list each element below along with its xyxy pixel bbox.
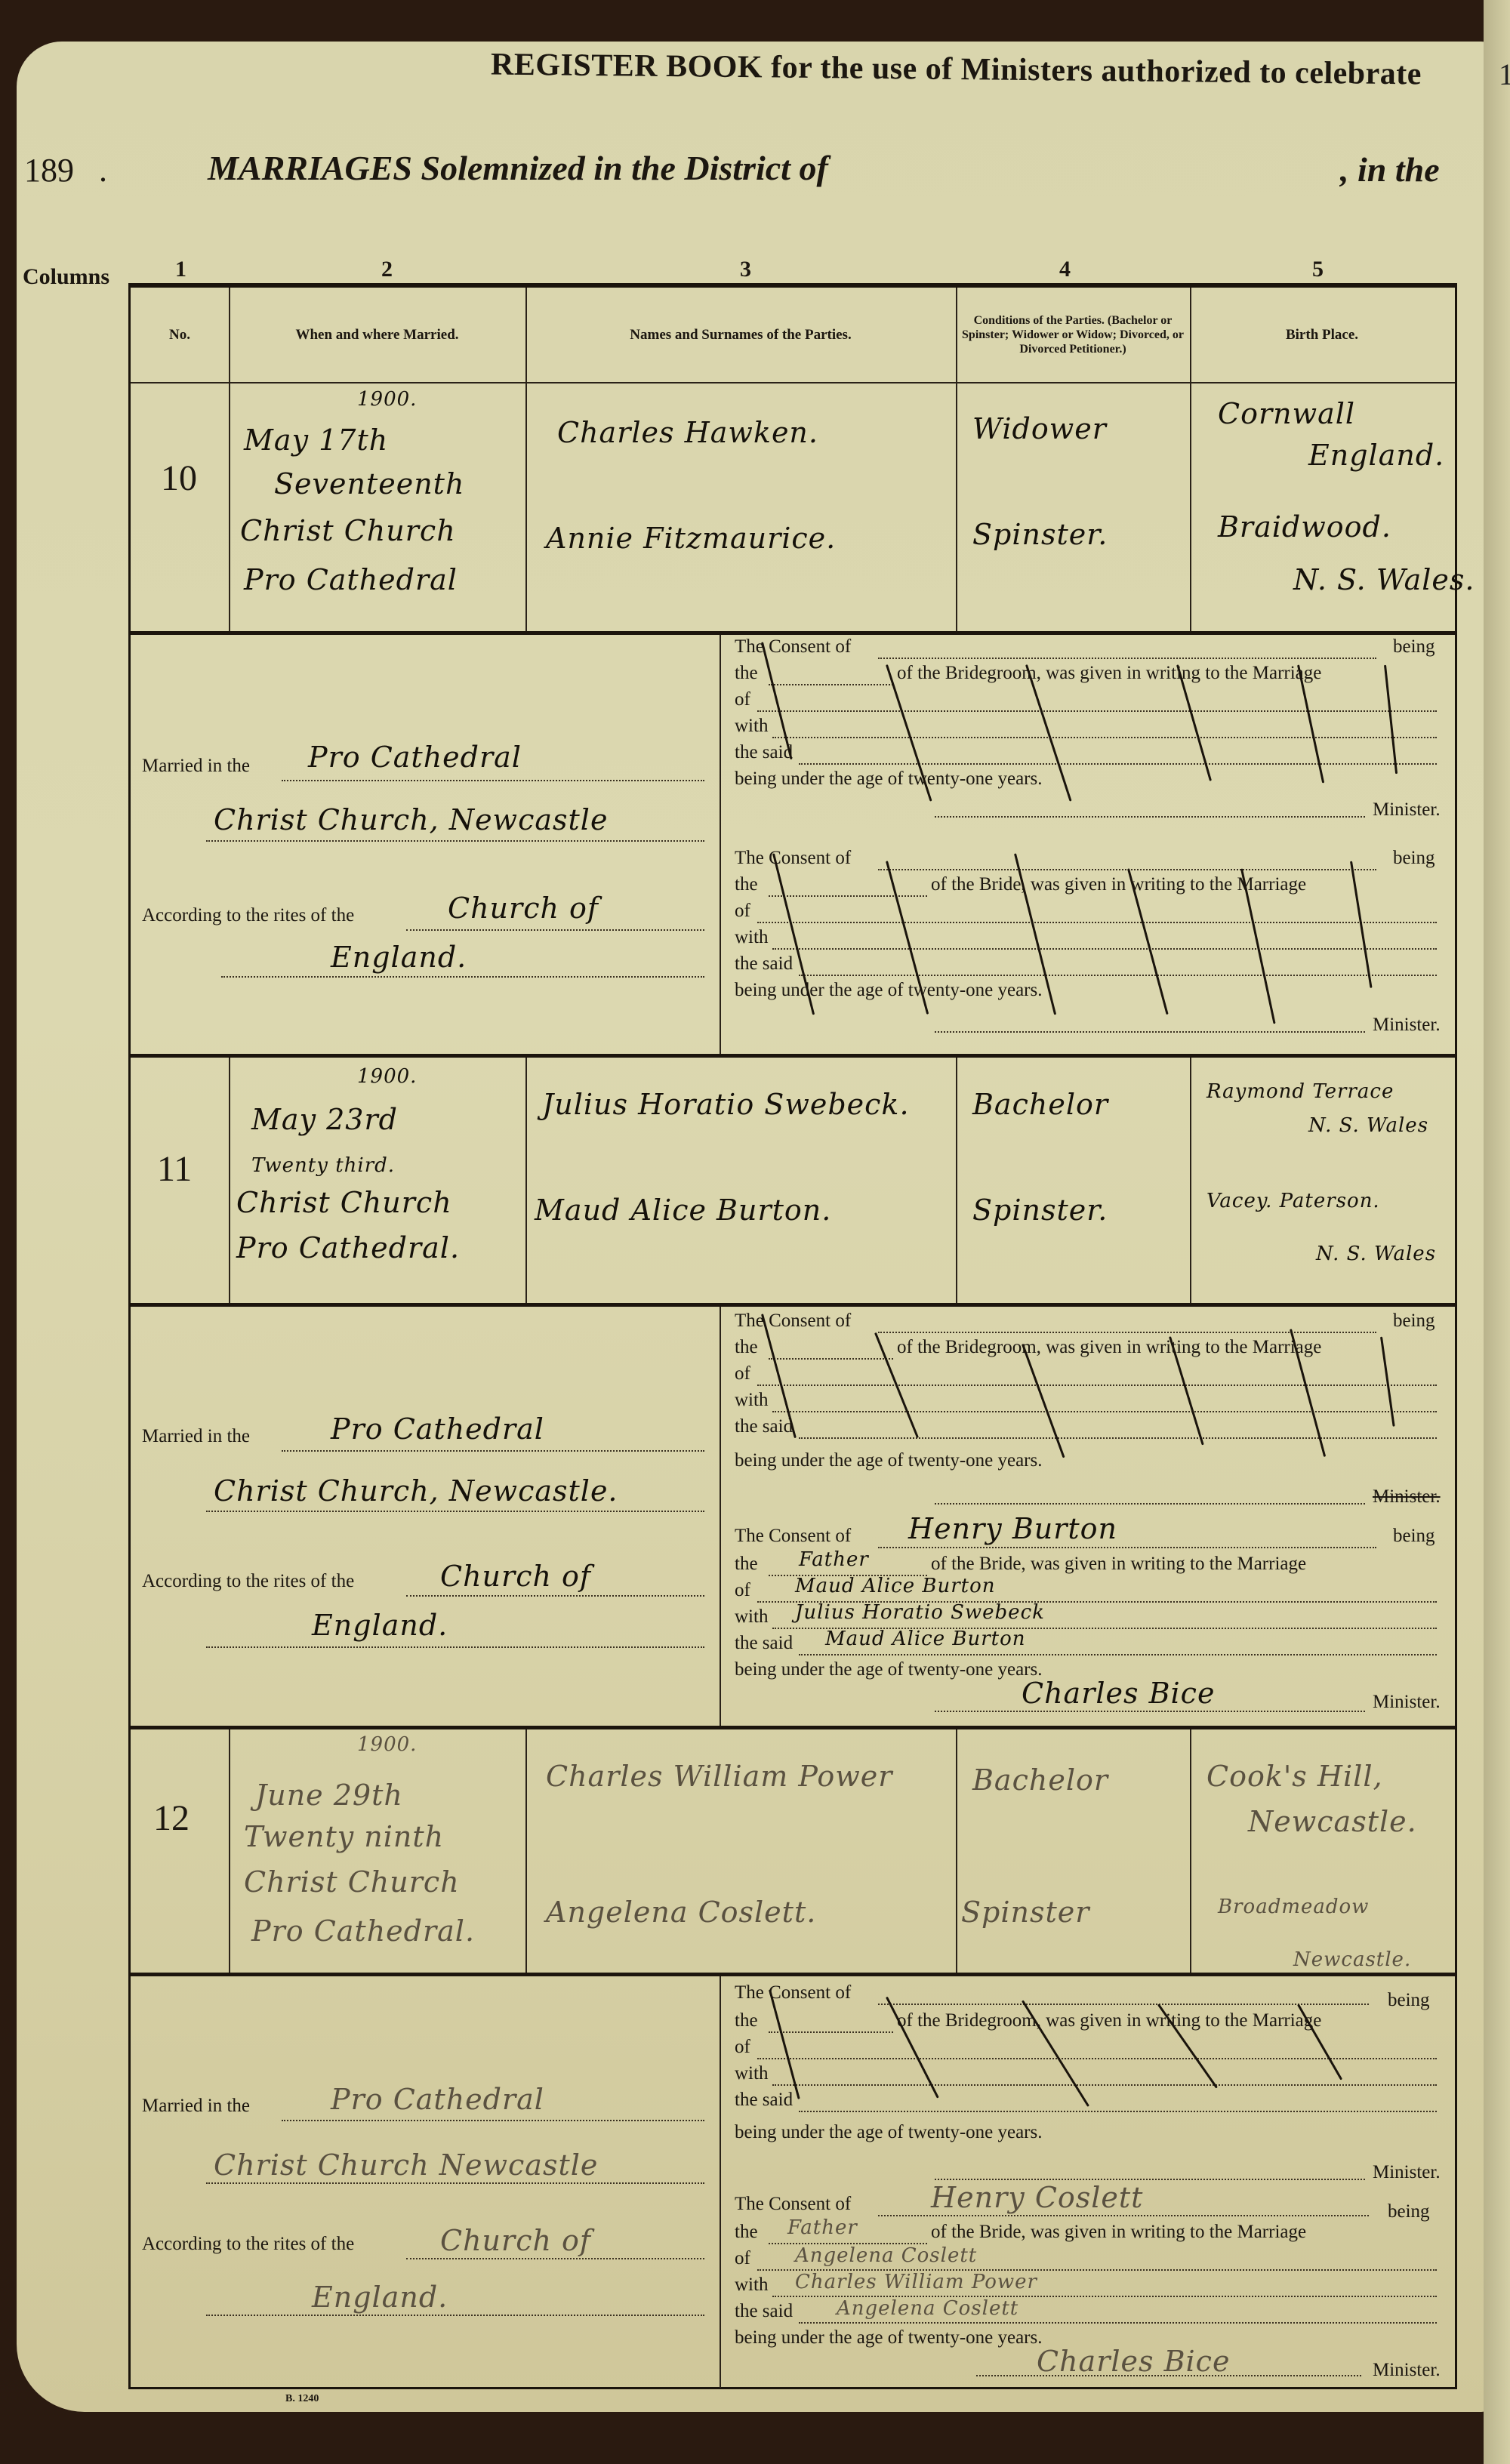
bride-consent-of: Maud Alice Burton	[795, 1575, 996, 1597]
under-age-text: being under the age of twenty-one years.	[735, 980, 1042, 1001]
the-said-label: the said	[735, 742, 793, 763]
groom-birthplace-2: N. S. Wales	[1308, 1114, 1428, 1137]
bride-consent-text: of the Bride, was given in writing to th…	[931, 874, 1306, 895]
rites-label: According to the rites of the	[142, 2234, 354, 2255]
bride-consent-label: The Consent of	[735, 848, 851, 869]
bride-consent-label: The Consent of	[735, 1526, 851, 1547]
married-in-value: Pro Cathedral	[331, 2083, 544, 2116]
married-in-label: Married in the	[142, 1426, 250, 1447]
bride-birthplace-1: Braidwood.	[1218, 510, 1391, 544]
columns-label: Columns	[23, 264, 109, 290]
of-label: of	[735, 2037, 750, 2058]
bridegroom-consent-text: of the Bridegroom, was given in writing …	[897, 663, 1321, 684]
bride-name: Angelena Coslett.	[546, 1896, 816, 1929]
minister-label-struck: Minister.	[1373, 1486, 1441, 1508]
column-number-3: 3	[740, 257, 751, 282]
entry-year: 1900.	[357, 1065, 417, 1088]
entry-date-words: Twenty third.	[251, 1154, 395, 1177]
bride-consent-said: Maud Alice Burton	[825, 1628, 1026, 1650]
entry-place-line2: Pro Cathedral.	[236, 1231, 460, 1264]
with-label: with	[735, 716, 768, 737]
year-prefix: 189 .	[24, 151, 107, 189]
under-age-text: being under the age of twenty-one years.	[735, 2122, 1042, 2143]
the-said-label: the said	[735, 953, 793, 975]
entry-place-line1: Christ Church	[240, 514, 456, 547]
under-age-text: being under the age of twenty-one years.	[735, 1450, 1042, 1471]
bride-condition: Spinster.	[972, 518, 1108, 551]
groom-consent-label: The Consent of	[735, 1311, 851, 1332]
rites-value-2: England.	[312, 2281, 448, 2314]
the-label: the	[735, 1337, 758, 1358]
bride-birthplace-1: Broadmeadow	[1218, 1896, 1369, 1918]
entry-year: 1900.	[357, 1733, 417, 1756]
being-label: being	[1393, 848, 1435, 869]
under-age-text: being under the age of twenty-one years.	[735, 768, 1042, 790]
bride-consent-label: The Consent of	[735, 2194, 851, 2215]
being-label: being	[1388, 1990, 1430, 2011]
of-label: of	[735, 689, 750, 710]
married-in-value-2: Christ Church Newcastle	[214, 2148, 598, 2182]
bride-consent-with: Julius Horatio Swebeck	[795, 1601, 1045, 1624]
entry-date: May 23rd	[251, 1103, 398, 1136]
married-in-value-2: Christ Church, Newcastle.	[214, 1474, 618, 1508]
bride-birthplace-2: N. S. Wales	[1316, 1243, 1436, 1265]
being-label: being	[1393, 1526, 1435, 1547]
groom-condition: Bachelor	[972, 1088, 1108, 1121]
with-label: with	[735, 2063, 768, 2084]
groom-birthplace-2: Newcastle.	[1248, 1805, 1417, 1838]
strike-mark	[769, 1989, 800, 2099]
under-age-text: being under the age of twenty-one years.	[735, 2327, 1042, 2348]
entry-date: June 29th	[255, 1779, 403, 1812]
minister-label: Minister.	[1373, 2162, 1441, 2183]
groom-name: Charles William Power	[546, 1760, 892, 1793]
header-birthplace: Birth Place.	[1190, 288, 1454, 382]
entry-place-line1: Christ Church	[236, 1186, 452, 1219]
being-label: being	[1393, 1311, 1435, 1332]
entry-number: 12	[153, 1797, 190, 1839]
rites-label: According to the rites of the	[142, 905, 354, 926]
bride-birthplace-1: Vacey. Paterson.	[1206, 1190, 1380, 1212]
book-gutter	[1484, 0, 1510, 2464]
bride-consent-name: Henry Burton	[908, 1512, 1117, 1545]
groom-name: Charles Hawken.	[557, 416, 818, 449]
with-label: with	[735, 1390, 768, 1411]
header-when-where: When and where Married.	[229, 288, 525, 382]
groom-consent-label: The Consent of	[735, 636, 851, 658]
bride-consent-said: Angelena Coslett	[837, 2297, 1018, 2320]
column-number-1: 1	[175, 257, 186, 282]
rites-value-2: England.	[312, 1609, 448, 1642]
bridegroom-consent-text: of the Bridegroom, was given in writing …	[897, 1337, 1321, 1358]
entry-place-line2: Pro Cathedral.	[251, 1914, 475, 1948]
bride-name: Maud Alice Burton.	[535, 1193, 831, 1227]
under-age-text: being under the age of twenty-one years.	[735, 1659, 1042, 1680]
bride-birthplace-2: N. S. Wales.	[1293, 563, 1475, 596]
with-label: with	[735, 927, 768, 948]
minister-label: Minister.	[1373, 799, 1441, 821]
the-label: the	[735, 2222, 758, 2243]
married-in-value: Pro Cathedral	[308, 741, 522, 774]
the-label: the	[735, 1554, 758, 1575]
married-in-label: Married in the	[142, 2096, 250, 2117]
marriage-register-table: No. When and where Married. Names and Su…	[128, 283, 1457, 2389]
bride-consent-with: Charles William Power	[795, 2271, 1037, 2293]
bride-condition: Spinster.	[972, 1193, 1108, 1227]
the-said-label: the said	[735, 2301, 793, 2322]
header-conditions: Conditions of the Parties. (Bachelor or …	[956, 288, 1190, 382]
bride-consent-relation: Father	[799, 1548, 869, 1571]
married-in-label: Married in the	[142, 756, 250, 777]
strike-mark	[1384, 665, 1398, 775]
the-label: the	[735, 874, 758, 895]
minister-signature: Charles Bice	[1022, 1677, 1215, 1710]
groom-birthplace-1: Raymond Terrace	[1206, 1080, 1394, 1103]
bride-consent-name: Henry Coslett	[931, 2181, 1143, 2214]
of-label: of	[735, 1580, 750, 1601]
header-names: Names and Surnames of the Parties.	[525, 288, 956, 382]
column-number-2: 2	[381, 257, 393, 282]
groom-birthplace-1: Cook's Hill,	[1206, 1760, 1383, 1793]
the-label: the	[735, 663, 758, 684]
groom-name: Julius Horatio Swebeck.	[542, 1088, 910, 1121]
bride-name: Annie Fitzmaurice.	[546, 522, 836, 555]
bride-consent-text: of the Bride, was given in writing to th…	[931, 1554, 1306, 1575]
facing-page-fragment: 1	[1499, 57, 1510, 92]
rites-value: Church of	[440, 1560, 591, 1593]
the-said-label: the said	[735, 2090, 793, 2111]
groom-condition: Widower	[972, 412, 1107, 445]
bride-condition: Spinster	[961, 1896, 1089, 1929]
print-code: B. 1240	[285, 2393, 319, 2405]
bride-consent-relation: Father	[787, 2216, 858, 2239]
with-label: with	[735, 1606, 768, 1628]
entry-date-words: Seventeenth	[274, 467, 464, 500]
rites-value: Church of	[448, 892, 599, 925]
the-said-label: the said	[735, 1416, 793, 1437]
column-number-5: 5	[1312, 257, 1324, 282]
entry-place-line1: Christ Church	[244, 1865, 460, 1899]
minister-label: Minister.	[1373, 1692, 1441, 1713]
groom-birthplace-2: England.	[1308, 439, 1444, 472]
the-said-label: the said	[735, 1633, 793, 1654]
of-label: of	[735, 2248, 750, 2269]
bride-birthplace-2: Newcastle.	[1293, 1948, 1411, 1971]
bridegroom-consent-text: of the Bridegroom, was given in writing …	[897, 2010, 1321, 2031]
rites-value-2: England.	[331, 941, 467, 974]
minister-label: Minister.	[1373, 1015, 1441, 1036]
strike-mark	[1380, 1337, 1395, 1427]
minister-label: Minister.	[1373, 2360, 1441, 2381]
entry-date: May 17th	[244, 423, 388, 457]
being-label: being	[1393, 636, 1435, 658]
rites-value: Church of	[440, 2224, 591, 2257]
page-title-suffix: , in the	[1340, 149, 1440, 189]
of-label: of	[735, 901, 750, 922]
minister-signature: Charles Bice	[1037, 2345, 1230, 2378]
bride-consent-text: of the Bride, was given in writing to th…	[931, 2222, 1306, 2243]
entry-number: 10	[161, 457, 197, 499]
entry-date-words: Twenty ninth	[244, 1820, 444, 1853]
married-in-value-2: Christ Church, Newcastle	[214, 803, 608, 836]
groom-consent-label: The Consent of	[735, 1982, 851, 2004]
column-number-4: 4	[1059, 257, 1071, 282]
of-label: of	[735, 1363, 750, 1384]
being-label: being	[1388, 2201, 1430, 2222]
with-label: with	[735, 2275, 768, 2296]
strike-mark	[1350, 861, 1373, 988]
entry-number: 11	[157, 1148, 192, 1190]
entry-place-line2: Pro Cathedral	[244, 563, 458, 596]
groom-birthplace-1: Cornwall	[1218, 397, 1355, 430]
groom-condition: Bachelor	[972, 1763, 1108, 1797]
bride-consent-of: Angelena Coslett	[795, 2244, 977, 2267]
strike-mark	[1022, 1344, 1065, 1458]
married-in-value: Pro Cathedral	[331, 1412, 544, 1446]
entry-year: 1900.	[357, 388, 417, 411]
header-no: No.	[131, 288, 229, 382]
rites-label: According to the rites of the	[142, 1571, 354, 1592]
page-title: MARRIAGES Solemnized in the District of	[208, 148, 828, 188]
the-label: the	[735, 2010, 758, 2031]
